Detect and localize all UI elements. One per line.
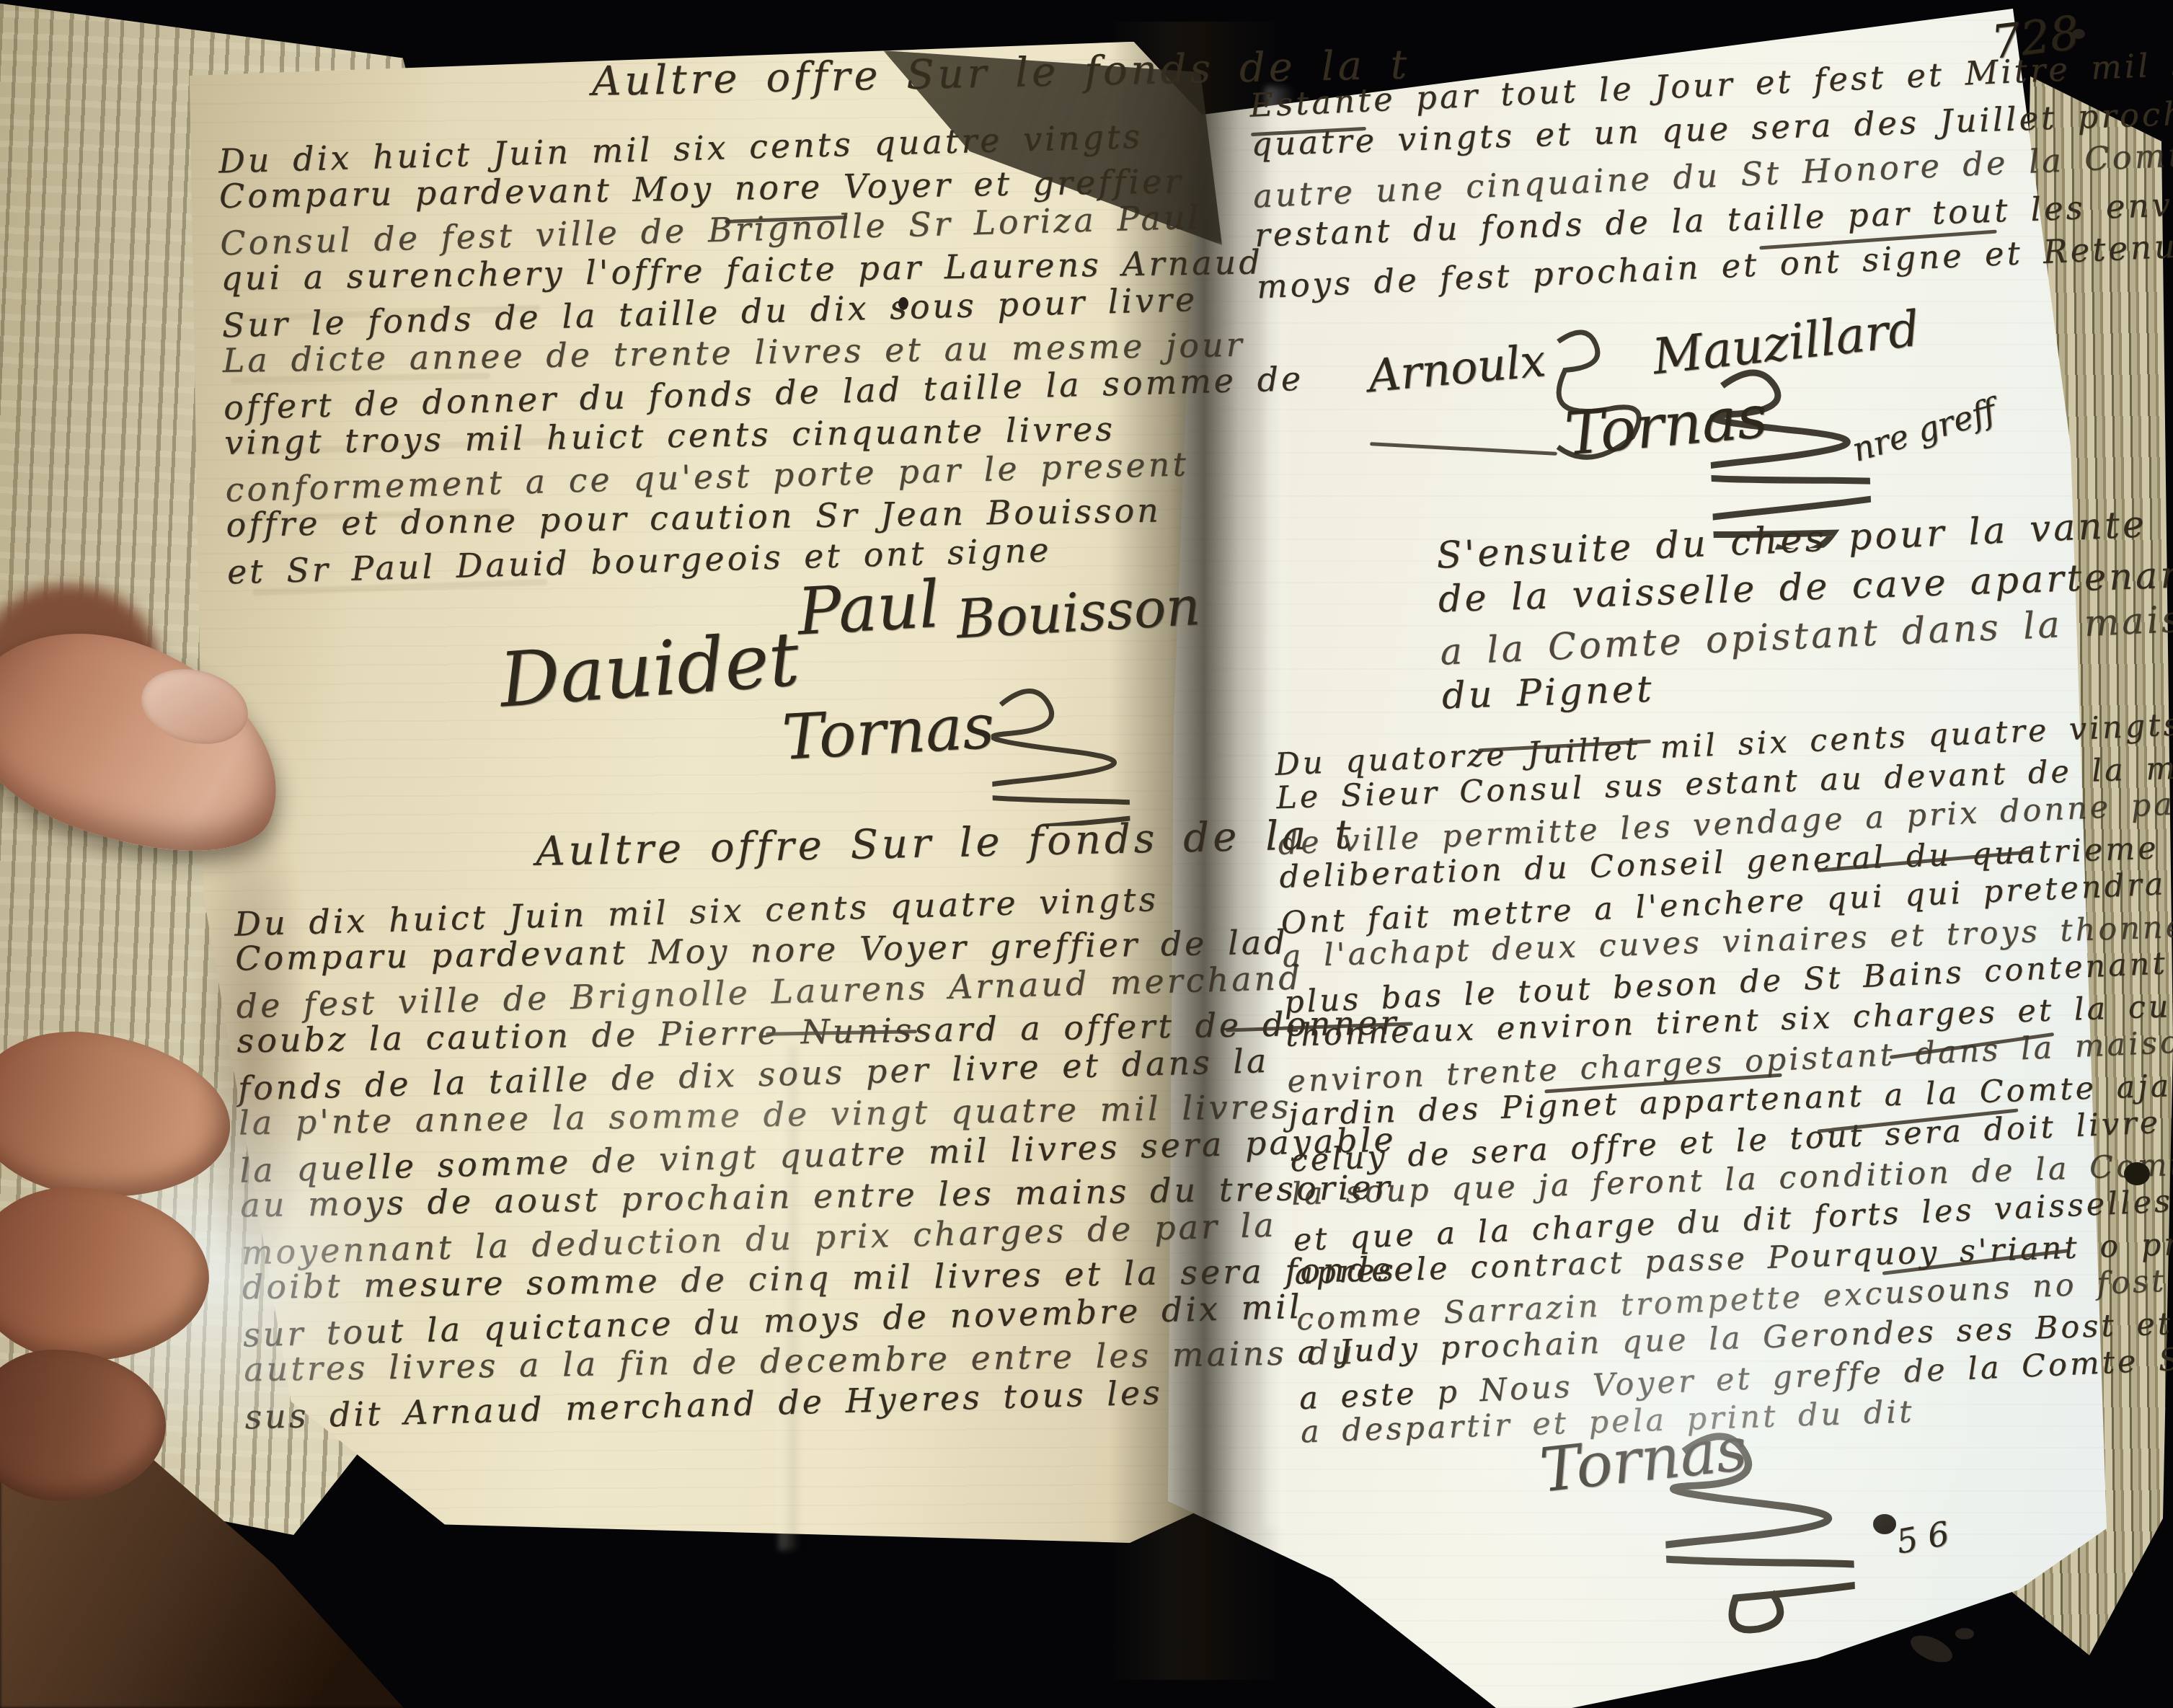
flash-highlight (375, 757, 1096, 1478)
right-continuation-lines: Estante par tout le Jour et fest et Mitr… (1249, 39, 2173, 310)
ink-speck (898, 297, 908, 310)
signature-paul: Paul (795, 567, 941, 650)
page-number: 728 (1988, 6, 2082, 70)
right-section-heading: S'ensuite du ches pour la vantede la vai… (1435, 502, 2173, 725)
left-section1-lines: Du dix huict Juin mil six cents quatre v… (218, 116, 1307, 590)
hand-contact-shadow (173, 721, 332, 1370)
wormhole (2072, 29, 2085, 39)
flash-highlight (1298, 1118, 2091, 1694)
photo-of-open-manuscript-book: Aultre offre Sur le fonds de la t Du dix… (0, 0, 2173, 1708)
wormhole (2124, 1162, 2150, 1185)
